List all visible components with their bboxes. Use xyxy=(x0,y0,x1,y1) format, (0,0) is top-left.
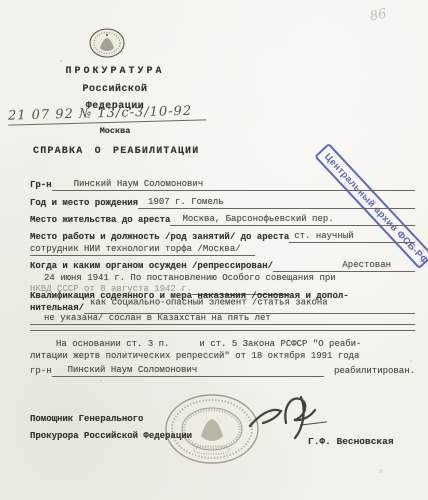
field-convicted-label: Когда и каким органом осужден /репрессир… xyxy=(30,260,273,272)
field-birth-line: 1907 г. Гомель xyxy=(138,196,415,209)
field-convicted: Когда и каким органом осужден /репрессир… xyxy=(30,259,415,272)
field-work-line: ст. научный xyxy=(289,230,415,243)
resolution-name: Пинский Наум Соломонович xyxy=(52,365,198,375)
letterhead-org-line1: ПРОКУРАТУРА xyxy=(40,66,190,77)
signer-position-line-1: Помощник Генерального xyxy=(30,414,143,424)
field-work-label: Место работы и должность /род занятий/ д… xyxy=(30,231,289,243)
state-emblem-icon xyxy=(88,27,126,59)
field-residence-value: Москва, Барсонофьевский пер. xyxy=(170,214,333,224)
resolution-line-1a: На основании ст. 3 п. xyxy=(30,338,169,350)
resolution-line-2-text: литации жертв политических репрессий" от… xyxy=(30,350,359,362)
field-birth: Год и место рождения 1907 г. Гомель xyxy=(30,196,415,209)
corner-page-note: 86 xyxy=(369,6,388,24)
field-convicted-value-1: Арестован xyxy=(342,260,391,270)
field-citizen-value: Пинский Наум Соломонович xyxy=(52,179,204,189)
field-convicted-line: Арестован xyxy=(273,259,415,272)
letterhead-city: Москва xyxy=(40,126,190,136)
resolution-line-2: литации жертв политических репрессий" от… xyxy=(30,350,415,362)
resolution-line-3-label: гр-н xyxy=(30,365,52,377)
field-work-value-1: ст. научный xyxy=(289,231,353,241)
field-work-continued: сотрудник НИИ технологии торфа /Москва/ xyxy=(30,243,415,256)
field-citizen-label: Гр-н xyxy=(30,179,52,191)
field-birth-value: 1907 г. Гомель xyxy=(138,197,224,207)
resolution-line-1b: и ст. 5 Закона РСФСР "О реаби- xyxy=(169,338,361,350)
field-residence: Место жительства до ареста Москва, Барсо… xyxy=(30,213,415,226)
resolution-line-1: На основании ст. 3 п. и ст. 5 Закона РСФ… xyxy=(30,338,415,350)
resolution-suffix: реабилитирован. xyxy=(324,365,415,377)
rehabilitation-certificate-scan: 86 ПРОКУРАТУРА Российской Федерации 21 0… xyxy=(0,0,428,500)
field-work-value-2: сотрудник НИИ технологии торфа /Москва/ xyxy=(30,243,255,256)
signer-position-line-2: Прокурора Российской Федерации xyxy=(30,431,192,441)
field-citizen: Гр-н Пинский Наум Соломонович xyxy=(30,178,415,191)
handwritten-signature-icon xyxy=(246,392,331,452)
resolution-line-3: гр-н Пинский Наум Соломонович реабилитир… xyxy=(30,364,415,377)
doc-date-number-handwritten: 21 07 92 № 13/с-3/10-92 xyxy=(8,103,206,125)
letterhead-org-line2: Российской xyxy=(40,84,190,95)
field-birth-label: Год и место рождения xyxy=(30,197,138,209)
document-title: СПРАВКА О РЕАБИЛИТАЦИИ xyxy=(33,146,199,157)
field-citizen-line: Пинский Наум Соломонович xyxy=(52,178,415,191)
field-residence-label: Место жительства до ареста xyxy=(30,214,170,226)
resolution-name-line: Пинский Наум Соломонович xyxy=(52,364,324,377)
field-qualification-value-1: как социально-опасный элемент /статья за… xyxy=(84,297,328,309)
field-work: Место работы и должность /род занятий/ д… xyxy=(30,230,415,243)
blank-form-line xyxy=(30,322,415,331)
field-residence-line: Москва, Барсонофьевский пер. xyxy=(170,213,415,226)
